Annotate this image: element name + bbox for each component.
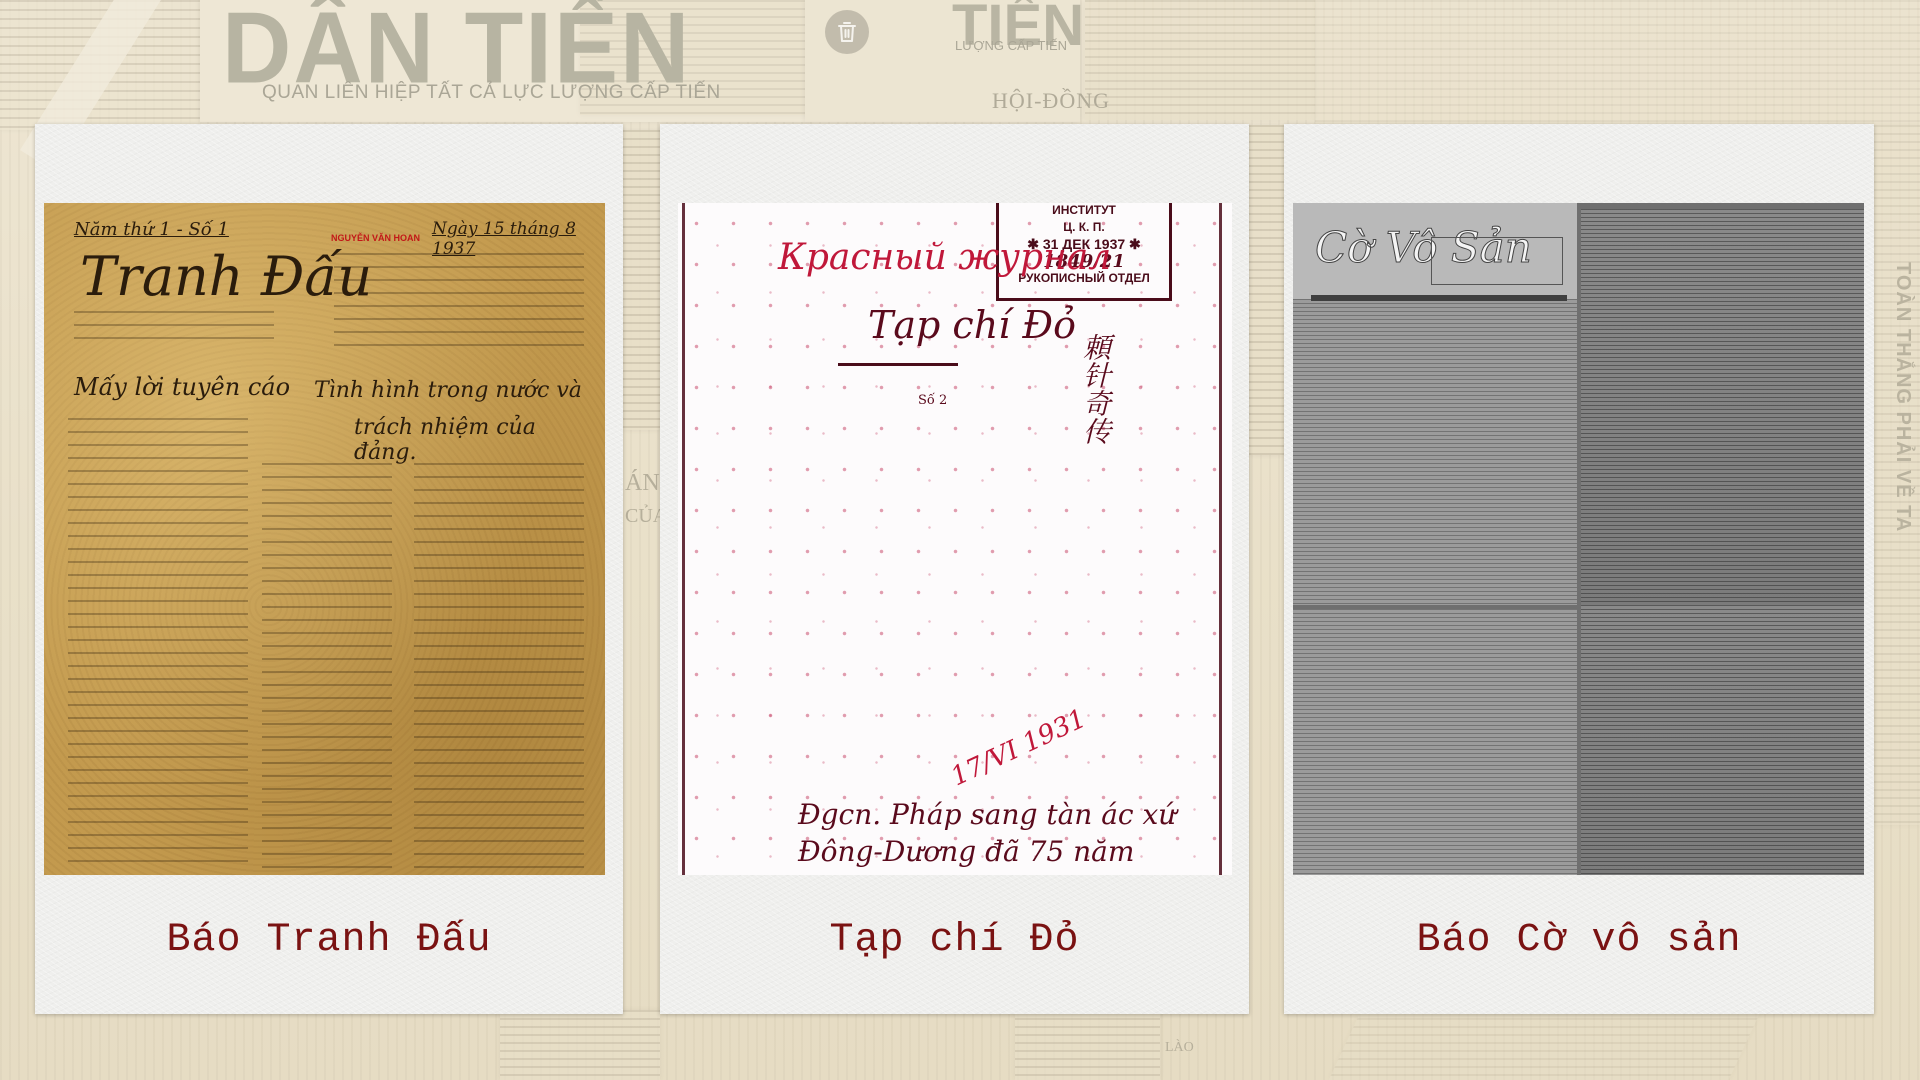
background-sheet [1085,0,1315,120]
background-sheet [623,130,660,430]
card-caption: Báo Tranh Đấu [35,918,623,963]
photo-card-tranh-dau[interactable]: Năm thứ 1 - Số 1 NGUYỄN VĂN HOAN Ngày 15… [35,124,623,1014]
handwritten-column [414,463,584,868]
delete-button[interactable] [825,10,869,54]
background-sheet [1249,125,1284,455]
headline-right-line1: Tình hình trong nước và [314,378,582,403]
masthead-box [1431,237,1563,285]
newspaper-page: Cờ Vô Sản [1293,203,1577,605]
headline-right-line2: trách nhiệm của đảng. [354,415,605,465]
newspaper-title: Tranh Đấu [80,245,372,308]
newspaper-page [1581,605,1864,875]
stamp-line: ИНСТИТУТ [999,203,1169,219]
newspaper-page [1581,209,1864,605]
headline-left: Mấy lời tuyên cáo [74,373,290,401]
tranh-dau-newspaper-image: Năm thứ 1 - Số 1 NGUYỄN VĂN HOAN Ngày 15… [44,203,605,875]
background-sheet [1315,0,1920,125]
handwritten-column [262,463,392,868]
body-line: Đgcn. Pháp sang tàn ác xứ [798,798,1176,831]
magazine-title: Tạp chí Đỏ [868,303,1076,347]
background-vertical-headline: TOÀN THẮNG PHẢI VỀ TA [1891,262,1914,532]
red-stamp: NGUYỄN VĂN HOAN [331,233,420,244]
body-line: Đông-Dương đã 75 năm [798,835,1134,868]
background-word: ÁN [625,470,660,497]
card-caption: Tạp chí Đỏ [660,918,1249,963]
newspaper-page [1293,609,1577,875]
background-sheet [1015,1010,1160,1080]
handwritten-lines [74,311,274,347]
page-border [1219,203,1222,875]
page-border [682,203,685,875]
trash-icon [835,20,859,44]
russian-note: Красный журнал [778,237,1111,278]
stamp-line: Ц. К. П. [999,219,1169,236]
handwritten-lines [334,253,584,353]
co-vo-san-newspaper-image: Cờ Vô Sản [1293,203,1864,875]
background-sheet [1329,1010,1762,1080]
handwritten-column [68,418,248,868]
background-masthead-mid-subtitle: LƯỢNG CẤP TIẾN [955,38,1067,53]
issue-number: Số 2 [918,393,947,408]
photo-card-co-vo-san[interactable]: Cờ Vô Sản Báo Cờ vô sản [1284,124,1874,1014]
chinese-characters: 頼针奇传 [1078,333,1112,445]
masthead-bar [1311,295,1567,301]
underline [838,363,958,366]
background-sheet [500,1010,660,1080]
background-word: LÀO [1165,1040,1194,1056]
background-masthead-subtitle: QUAN LIÊN HIỆP TẤT CẢ LỰC LƯỢNG CẤP TIẾN [262,82,721,104]
background-headline: HỘI-ĐỒNG [992,88,1110,114]
photo-card-tap-chi-do[interactable]: ИНСТИТУТ Ц. К. П. ✱ 31 ДЕК 1937 ✱ 1849/2… [660,124,1249,1014]
tap-chi-do-manuscript-image: ИНСТИТУТ Ц. К. П. ✱ 31 ДЕК 1937 ✱ 1849/2… [678,203,1232,875]
issue-number-text: Năm thứ 1 - Số 1 [74,219,229,240]
card-caption: Báo Cờ vô sản [1284,918,1874,963]
